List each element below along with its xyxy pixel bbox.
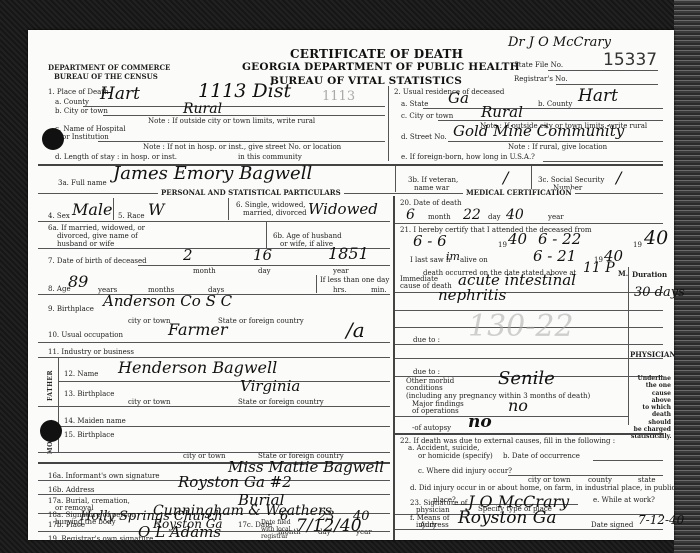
father-name-label: 12. Name — [64, 371, 98, 378]
duration-label: Duration — [632, 271, 667, 278]
age-years: 89 — [68, 274, 88, 290]
accident-label-2: or homicide (specify) — [418, 453, 493, 460]
month-label: month — [428, 214, 451, 221]
year-label: year — [548, 214, 564, 221]
sex-value: Male — [72, 202, 113, 218]
foreign-born-label: e. If foreign-born, how long in U.S.A.? — [401, 154, 535, 161]
veteran-label: 3b. If veteran, — [408, 177, 458, 184]
min-label: min. — [371, 287, 387, 294]
death-month: 6 — [406, 208, 415, 222]
occupation-mark: /a — [346, 320, 365, 340]
res-city: Rural — [481, 105, 523, 120]
last-saw-label-2: alive on — [460, 257, 488, 264]
personal-section-title: PERSONAL AND STATISTICAL PARTICULARS — [158, 189, 344, 196]
res-county: Hart — [578, 88, 618, 105]
father-birthplace-label: 13. Birthplace — [64, 391, 114, 398]
physician-label: PHYSICIAN — [630, 351, 676, 358]
certificate-title: CERTIFICATE OF DEATH — [290, 47, 463, 61]
spouse-label-2: divorced, give name of — [57, 233, 138, 240]
day-label: day — [318, 529, 331, 536]
veteran-value: / — [503, 170, 508, 186]
birthplace-label: 9. Birthplace — [48, 306, 94, 313]
death-date-label: 20. Date of death — [400, 200, 461, 207]
full-name: James Emory Bagwell — [113, 165, 312, 183]
ssn-value: / — [616, 170, 621, 186]
other-conditions: Senile — [498, 370, 555, 388]
res-county-label: b. County — [538, 101, 572, 108]
county-col-caption: county — [588, 477, 612, 484]
spouse-label-3: husband or wife — [57, 241, 114, 248]
city-or-town-caption: city or town — [183, 453, 225, 460]
binder-hole-bottom — [40, 420, 62, 442]
major-findings-label-2: of operations — [412, 408, 459, 415]
informant-address-label: 16b. Address — [48, 487, 95, 494]
top-annotation: Dr J O McCrary — [508, 36, 611, 49]
state-col-caption: state — [638, 477, 656, 484]
industry-label: 11. Industry or business — [48, 349, 134, 356]
birthplace-value: Anderson Co S C — [103, 294, 232, 309]
occurrence-date-label: b. Date of occurrence — [503, 453, 580, 460]
state-file-number: 15337 — [603, 52, 657, 69]
burial-type: Burial — [238, 493, 284, 508]
month-label: month — [278, 529, 301, 536]
accident-label: a. Accident, suicide, — [408, 445, 480, 452]
city-col-caption: city or town — [528, 477, 570, 484]
note-line: death should — [631, 411, 671, 426]
day-label: day — [488, 214, 501, 221]
burial-place: Holly Springs Church — [80, 510, 223, 523]
mother-birthplace-label: 15. Birthplace — [64, 432, 114, 439]
department-title: GEORGIA DEPARTMENT OF PUBLIC HEALTH — [242, 61, 520, 73]
last-saw-pronoun: im — [446, 251, 460, 262]
spouse-age-label: 6b. Age of husband — [273, 233, 342, 240]
res-street: Gold Mine Community — [453, 124, 624, 139]
burial-date-day: 23 — [318, 510, 335, 523]
less-than-day-label: If less than one day — [320, 277, 389, 284]
pregnancy-note: (including any pregnancy within 3 months… — [406, 393, 590, 400]
res-state: Ga — [448, 91, 469, 106]
dept-line-2: BUREAU OF THE CENSUS — [54, 73, 158, 80]
hospital-note: Note : If not in hosp. or inst., give st… — [143, 144, 341, 151]
state-file-label: State File No. — [514, 62, 563, 69]
note-line: cause above — [631, 390, 671, 405]
year-label: year — [356, 529, 372, 536]
spouse-label: 6a. If married, widowed, or — [48, 225, 145, 232]
death-year: 40 — [506, 208, 524, 222]
hrs-label: hrs. — [333, 287, 347, 294]
dept-line-1: DEPARTMENT OF COMMERCE — [48, 64, 170, 71]
dob-year: 1851 — [328, 246, 369, 262]
dob-label: 7. Date of birth of deceased — [48, 258, 147, 265]
res-state-label: a. State — [401, 101, 428, 108]
while-at-work-label: e. While at work? — [593, 497, 655, 504]
district-faint: 1113 — [322, 90, 355, 103]
year-label: year — [333, 268, 349, 275]
full-name-label: 3a. Full name — [58, 180, 107, 187]
due-to-label: due to : — [413, 337, 440, 344]
autopsy-value: no — [468, 414, 492, 431]
dob-month: 2 — [183, 248, 193, 263]
registrar-no-label: Registrar's No. — [514, 76, 568, 83]
stay-label: d. Length of stay : in hosp. or inst. — [55, 154, 177, 161]
res-street-label: d. Street No. — [401, 134, 447, 141]
month-label: month — [193, 268, 216, 275]
informant-address: Royston Ga #2 — [178, 475, 292, 490]
father-birthplace: Virginia — [240, 379, 300, 394]
death-certificate: DEPARTMENT OF COMMERCE BUREAU OF THE CEN… — [28, 30, 674, 540]
note-line: Underline — [631, 375, 671, 382]
underline-note: Underline the one cause above to which d… — [631, 375, 671, 441]
marital-value: Widowed — [308, 202, 378, 217]
veteran-label-2: name war — [414, 185, 449, 192]
year-prefix: 19 — [633, 242, 642, 249]
race-label: 5. Race — [118, 213, 145, 220]
death-county: Hart — [100, 86, 140, 103]
death-time: 11 P — [583, 261, 615, 275]
bureau-title: BUREAU OF VITAL STATISTICS — [270, 75, 462, 87]
last-saw-label: I last saw h — [410, 257, 451, 264]
informant-signature-label: 16a. Informant's own signature — [48, 473, 160, 480]
injury-where-label: c. Where did injury occur? — [418, 468, 512, 475]
father-name: Henderson Bagwell — [118, 360, 277, 376]
city-note: Note : If outside city or town limits, w… — [148, 118, 315, 125]
attended-from: 6 - 6 — [413, 234, 447, 249]
ssn-label: 3c. Social Security — [538, 177, 604, 184]
immediate-cause-2: nephritis — [438, 288, 506, 303]
scan-edge — [674, 0, 700, 553]
note-line: the one — [631, 382, 671, 389]
operations-value: no — [508, 398, 528, 414]
race-value: W — [148, 202, 164, 218]
type-place-caption: Specify type of place — [478, 506, 552, 513]
due-to-label-2: due to : — [413, 369, 440, 376]
attended-to: 6 - 22 — [538, 232, 581, 247]
hospital-label: c. Name of Hospital — [55, 126, 126, 133]
death-district: 1113 Dist — [198, 82, 291, 101]
means-of-injury-label-2: injury — [416, 522, 437, 529]
city-label: b. City or town — [55, 108, 108, 115]
community-label: in this community — [238, 154, 302, 161]
city-or-town-caption: city or town — [128, 318, 170, 325]
death-day: 22 — [463, 208, 481, 222]
injury-place-label: place? — [433, 497, 456, 504]
faint-stamp-code: 130-22 — [468, 312, 574, 342]
state-or-country-caption: State or foreign country — [238, 399, 324, 406]
binder-hole-top — [42, 128, 64, 150]
death-city: Rural — [183, 102, 222, 116]
city-or-town-caption: city or town — [128, 399, 170, 406]
day-label: day — [258, 268, 271, 275]
injury-home-label: d. Did injury occur in or about home, on… — [410, 485, 675, 492]
state-or-country-caption: State or foreign country — [218, 318, 304, 325]
dob-day: 16 — [253, 248, 272, 263]
burial-date-label: 17c. Date — [238, 522, 272, 529]
spouse-age-label-2: or wife, if alive — [280, 241, 333, 248]
attended-from-year: 40 — [508, 232, 527, 247]
marital-label-2: married, divorced — [243, 210, 307, 217]
note-line: to which — [631, 404, 671, 411]
burial-date-month: 6 — [280, 510, 288, 523]
burial-date-year: 40 — [353, 510, 370, 523]
year-prefix: 19 — [498, 242, 507, 249]
meridiem-label: M. — [618, 270, 628, 277]
occupation-label: 10. Usual occupation — [48, 332, 123, 339]
res-street-note: Note : If rural, give location — [508, 144, 607, 151]
medical-section-title: MEDICAL CERTIFICATION — [463, 189, 575, 196]
marital-label: 6. Single, widowed, — [236, 202, 306, 209]
mother-maiden-label: 14. Maiden name — [64, 418, 126, 425]
attended-to-year: 40 — [644, 229, 668, 248]
other-conditions-label-2: conditions — [406, 385, 443, 392]
hospital-label-2: or Institution — [62, 134, 109, 141]
res-city-label: c. City or town — [401, 113, 453, 120]
duration-value: 30 days — [634, 286, 685, 299]
sex-label: 4. Sex — [48, 213, 70, 220]
county-label: a. County — [55, 99, 89, 106]
last-saw-date: 6 - 21 — [533, 249, 576, 264]
occupation-value: Farmer — [168, 322, 228, 338]
father-section-label: FATHER — [47, 361, 54, 401]
autopsy-label: -of autopsy — [412, 425, 451, 432]
